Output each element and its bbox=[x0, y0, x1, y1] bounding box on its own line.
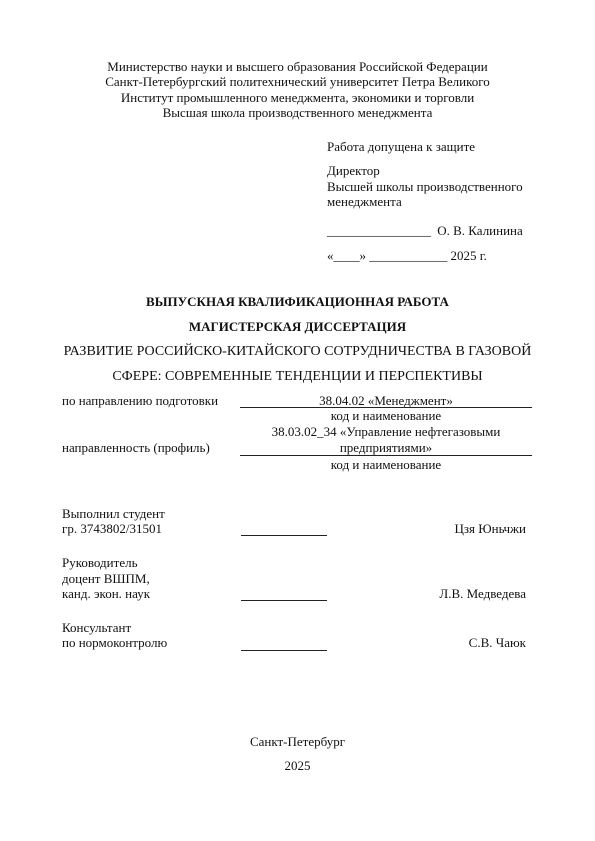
consultant-name: С.В. Чаюк bbox=[469, 635, 526, 651]
profile-caption: код и наименование bbox=[240, 457, 532, 473]
student-group: гр. 3743802/31501 bbox=[62, 521, 162, 537]
consultant-role-line1: Консультант bbox=[62, 620, 131, 636]
profile-underline bbox=[240, 455, 532, 456]
profile-value-line1: 38.03.02_34 «Управление нефтегазовыми bbox=[240, 424, 532, 440]
footer-city: Санкт-Петербург bbox=[0, 734, 595, 750]
student-name: Цзя Юньчжи bbox=[455, 521, 527, 537]
director-name: О. В. Калинина bbox=[437, 223, 523, 238]
institute-line: Институт промышленного менеджмента, экон… bbox=[0, 90, 595, 106]
supervisor-signature-line bbox=[241, 600, 327, 601]
supervisor-role-line2: доцент ВШПМ, bbox=[62, 571, 150, 587]
profile-label: направленность (профиль) bbox=[62, 440, 210, 456]
supervisor-name: Л.В. Медведева bbox=[439, 586, 526, 602]
university-line: Санкт-Петербургский политехнический унив… bbox=[0, 74, 595, 90]
direction-caption: код и наименование bbox=[240, 408, 532, 424]
date-year: 2025 г. bbox=[451, 248, 487, 263]
director-org-line1: Высшей школы производственного bbox=[327, 179, 523, 195]
signature-blank: ________________ bbox=[327, 223, 431, 238]
student-signature-line bbox=[241, 535, 327, 536]
director-signature-line: ________________ О. В. Калинина bbox=[327, 223, 523, 239]
topic-line2: СФЕРЕ: СОВРЕМЕННЫЕ ТЕНДЕНЦИИ И ПЕРСПЕКТИ… bbox=[0, 369, 595, 385]
supervisor-role-line3: канд. экон. наук bbox=[62, 586, 150, 602]
director-position: Директор bbox=[327, 163, 380, 179]
work-subtype-title: МАГИСТЕРСКАЯ ДИССЕРТАЦИЯ bbox=[0, 319, 595, 335]
date-close-quote: » bbox=[360, 248, 367, 263]
student-role-line1: Выполнил студент bbox=[62, 506, 165, 522]
director-org-line2: менеджмента bbox=[327, 194, 402, 210]
work-type-title: ВЫПУСКНАЯ КВАЛИФИКАЦИОННАЯ РАБОТА bbox=[0, 294, 595, 310]
profile-value-line2: предприятиями» bbox=[240, 440, 532, 456]
date-day-blank: ____ bbox=[334, 248, 360, 263]
topic-line1: РАЗВИТИЕ РОССИЙСКО-КИТАЙСКОГО СОТРУДНИЧЕ… bbox=[0, 344, 595, 360]
school-line: Высшая школа производственного менеджмен… bbox=[0, 105, 595, 121]
supervisor-role-line1: Руководитель bbox=[62, 555, 138, 571]
ministry-line: Министерство науки и высшего образования… bbox=[0, 59, 595, 75]
direction-label: по направлению подготовки bbox=[62, 393, 218, 409]
consultant-role-line2: по нормоконтролю bbox=[62, 635, 167, 651]
date-month-blank: ____________ bbox=[369, 248, 447, 263]
approval-date-line: «____» ____________ 2025 г. bbox=[327, 248, 487, 264]
consultant-signature-line bbox=[241, 650, 327, 651]
admitted-text: Работа допущена к защите bbox=[327, 139, 475, 155]
footer-year: 2025 bbox=[0, 758, 595, 774]
